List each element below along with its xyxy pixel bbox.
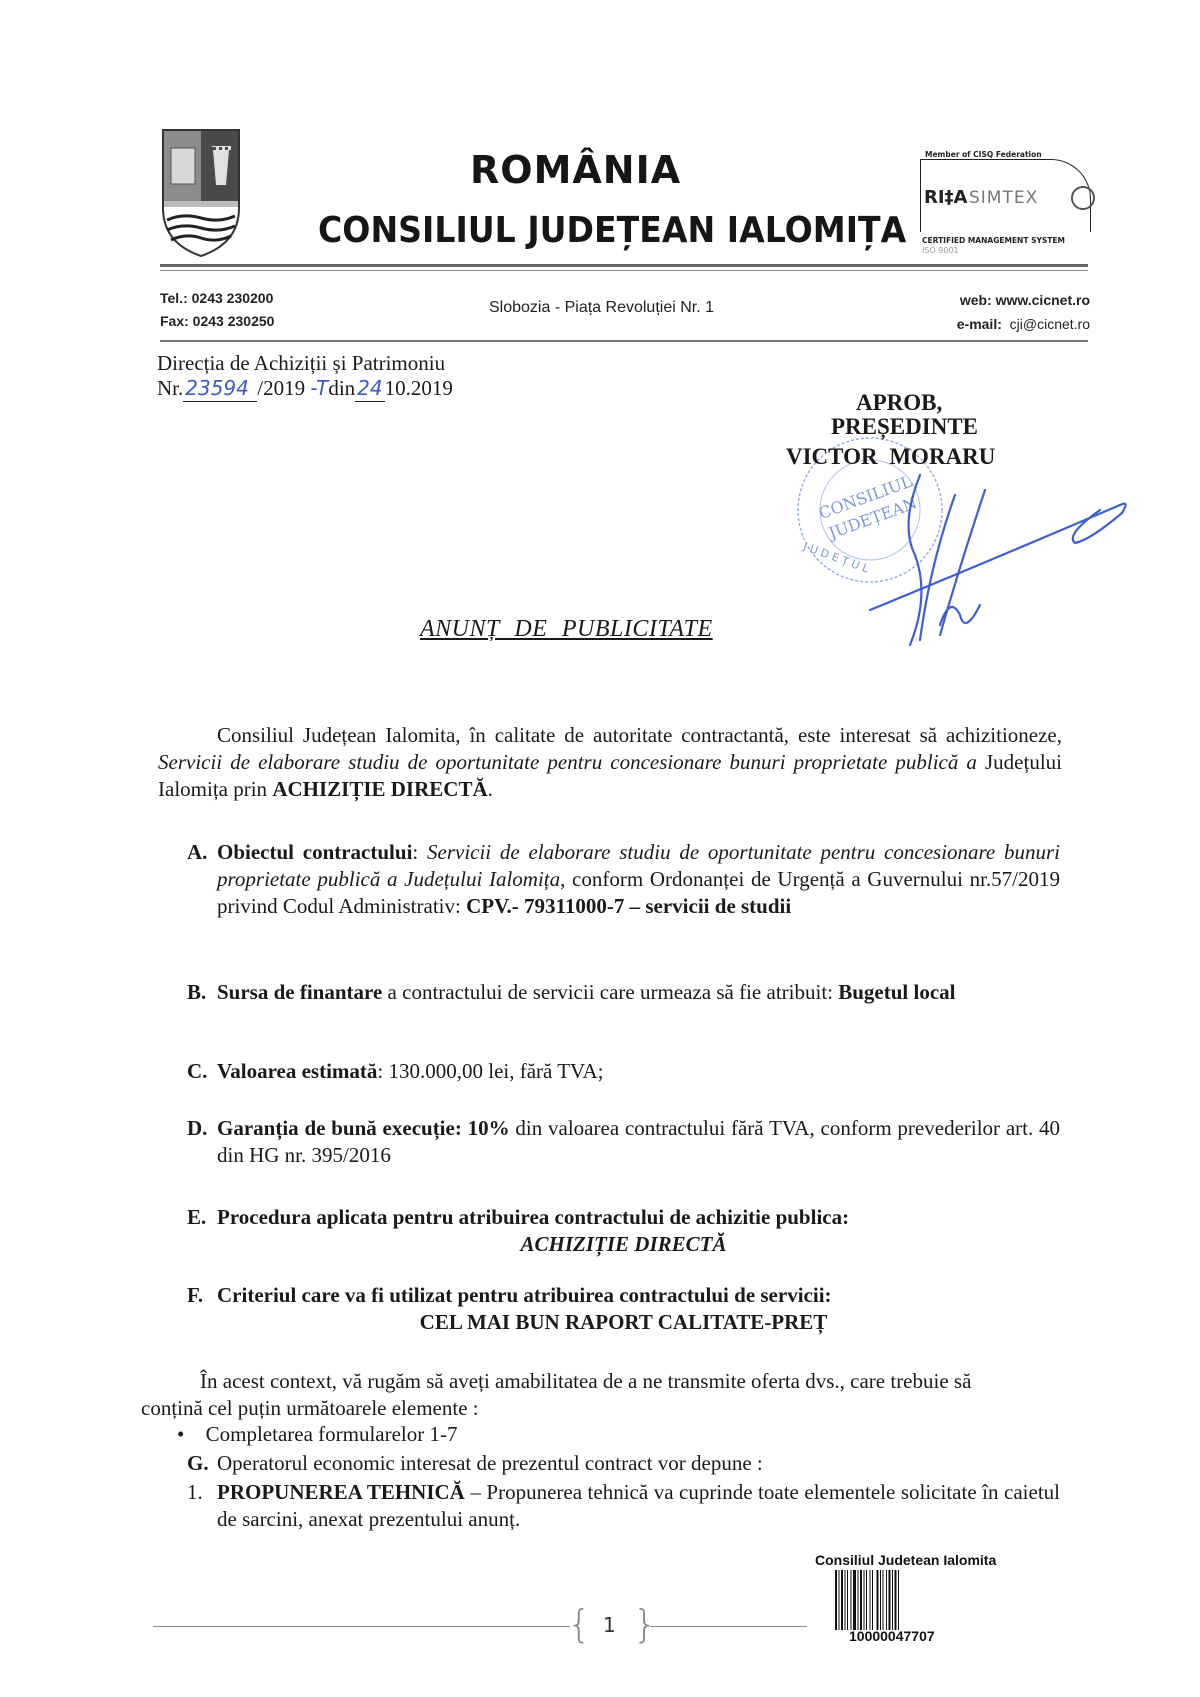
web-email-block: web: www.cicnet.ro e-mail: cji@cicnet.ro	[957, 288, 1090, 336]
rina-logo: RI‡A	[924, 187, 968, 208]
page-bracket-right: }	[633, 1602, 657, 1646]
intro-service-italic: Servicii de elaborare studiu de oportuni…	[158, 750, 977, 774]
bullet-icon: •	[177, 1422, 184, 1446]
header-council-name: CONSILIUL JUDEȚEAN IALOMIȚA	[318, 210, 906, 251]
department-name: Direcția de Achiziții și Patrimoniu	[157, 350, 445, 376]
section-text: a contractului de servicii care urmeaza …	[382, 980, 838, 1004]
approver-title: PREȘEDINTE	[831, 414, 978, 440]
section-letter: C.	[187, 1058, 207, 1085]
page-bracket-left: {	[567, 1602, 591, 1646]
header-divider-thin	[160, 270, 1088, 271]
intro-end: .	[488, 777, 493, 801]
section-label: Criteriul care va fi utilizat pentru atr…	[217, 1283, 832, 1307]
footer-line-right	[650, 1626, 807, 1627]
separator: :	[412, 840, 427, 864]
section-label: Sursa de finantare	[217, 980, 382, 1004]
fax-number: Fax: 0243 230250	[160, 310, 274, 333]
section-number: 1.	[187, 1479, 203, 1506]
nr-prefix: Nr.	[157, 376, 183, 400]
section-letter: E.	[187, 1204, 206, 1231]
section-letter: B.	[187, 979, 206, 1006]
section-text: Operatorul economic interesat de prezent…	[217, 1450, 1060, 1477]
email-link[interactable]: cji@cicnet.ro	[1010, 316, 1090, 332]
section-e-procedure: E. Procedura aplicata pentru atribuirea …	[187, 1204, 1060, 1258]
estimated-value: : 130.000,00 lei, fără TVA;	[377, 1059, 603, 1083]
section-letter: G.	[187, 1450, 209, 1477]
footer-line-left	[153, 1626, 570, 1627]
barcode-icon	[835, 1570, 927, 1630]
context-paragraph: În acest context, vă rugăm să aveți amab…	[141, 1368, 1021, 1422]
certification-system-text: CERTIFIED MANAGEMENT SYSTEM	[922, 236, 1065, 245]
county-coat-of-arms	[161, 128, 241, 258]
procedure-value: ACHIZIȚIE DIRECTĂ	[187, 1231, 1060, 1258]
section-label: Obiectul contractului	[217, 840, 412, 864]
section-label: Valoarea estimată	[217, 1059, 377, 1083]
certification-seal-icon	[1071, 186, 1095, 210]
registration-day: 24	[357, 376, 382, 400]
section-b-funding-source: B. Sursa de finantare a contractului de …	[187, 979, 1060, 1006]
cpv-code: CPV.- 79311000-7 – servicii de studii	[466, 894, 791, 918]
section-1-technical-proposal: 1. PROPUNEREA TEHNICĂ – Propunerea tehni…	[187, 1479, 1060, 1533]
registration-date: 10.2019	[385, 376, 453, 400]
intro-procedure-bold: ACHIZIȚIE DIRECTĂ	[272, 777, 487, 801]
handwritten-signature	[860, 465, 1140, 655]
section-label: PROPUNEREA TEHNICĂ	[217, 1480, 465, 1504]
header-country: ROMÂNIA	[470, 148, 681, 192]
section-letter: D.	[187, 1115, 207, 1142]
din-label: din	[328, 376, 355, 400]
web-label: web:	[960, 292, 992, 308]
registration-year: /2019	[257, 376, 305, 400]
section-f-award-criterion: F. Criteriul care va fi utilizat pentru …	[187, 1282, 1060, 1336]
registration-number-line: Nr.23594/2019 -Tdin2410.2019	[157, 376, 453, 402]
barcode-label: Consiliul Judetean Ialomita	[815, 1552, 996, 1568]
web-link[interactable]: www.cicnet.ro	[996, 292, 1090, 308]
approval-label: APROB,	[856, 390, 942, 416]
handwritten-mark: -T	[310, 376, 328, 400]
email-label: e-mail:	[957, 316, 1002, 332]
certification-member-text: Member of CISQ Federation	[925, 150, 1042, 159]
simtex-logo: SIMTEX	[969, 188, 1038, 208]
section-a-contract-object: A. Obiectul contractului: Servicii de el…	[187, 839, 1060, 920]
section-c-estimated-value: C. Valoarea estimată: 130.000,00 lei, fă…	[187, 1058, 1060, 1085]
certification-iso-text: ISO 9001	[922, 246, 959, 255]
address: Slobozia - Piața Revoluției Nr. 1	[489, 299, 714, 317]
phone-fax-block: Tel.: 0243 230200 Fax: 0243 230250	[160, 287, 274, 333]
section-letter: F.	[187, 1282, 203, 1309]
bullet-text: Completarea formularelor 1-7	[206, 1422, 458, 1446]
header-divider	[160, 264, 1088, 267]
page-number: 1	[603, 1613, 616, 1637]
section-g-submission: G. Operatorul economic interesat de prez…	[187, 1450, 1060, 1477]
section-letter: A.	[187, 839, 207, 866]
section-label: Procedura aplicata pentru atribuirea con…	[217, 1205, 849, 1229]
document-title: ANUNȚ DE PUBLICITATE	[420, 616, 713, 643]
intro-paragraph: Consiliul Județean Ialomita, în calitate…	[158, 722, 1062, 803]
phone-number: Tel.: 0243 230200	[160, 287, 274, 310]
bullet-item: • Completarea formularelor 1-7	[177, 1422, 458, 1447]
registration-number: 23594	[185, 376, 249, 400]
criterion-value: CEL MAI BUN RAPORT CALITATE-PREȚ	[187, 1309, 1060, 1336]
intro-text: Consiliul Județean Ialomita, în calitate…	[217, 723, 1062, 747]
section-label: Garanția de bună execuție: 10%	[217, 1116, 510, 1140]
funding-value: Bugetul local	[838, 980, 955, 1004]
section-d-performance-guarantee: D. Garanția de bună execuție: 10% din va…	[187, 1115, 1060, 1169]
contact-divider	[160, 340, 1088, 342]
certification-frame-left	[920, 159, 922, 232]
barcode-number: 10000047707	[849, 1628, 935, 1644]
